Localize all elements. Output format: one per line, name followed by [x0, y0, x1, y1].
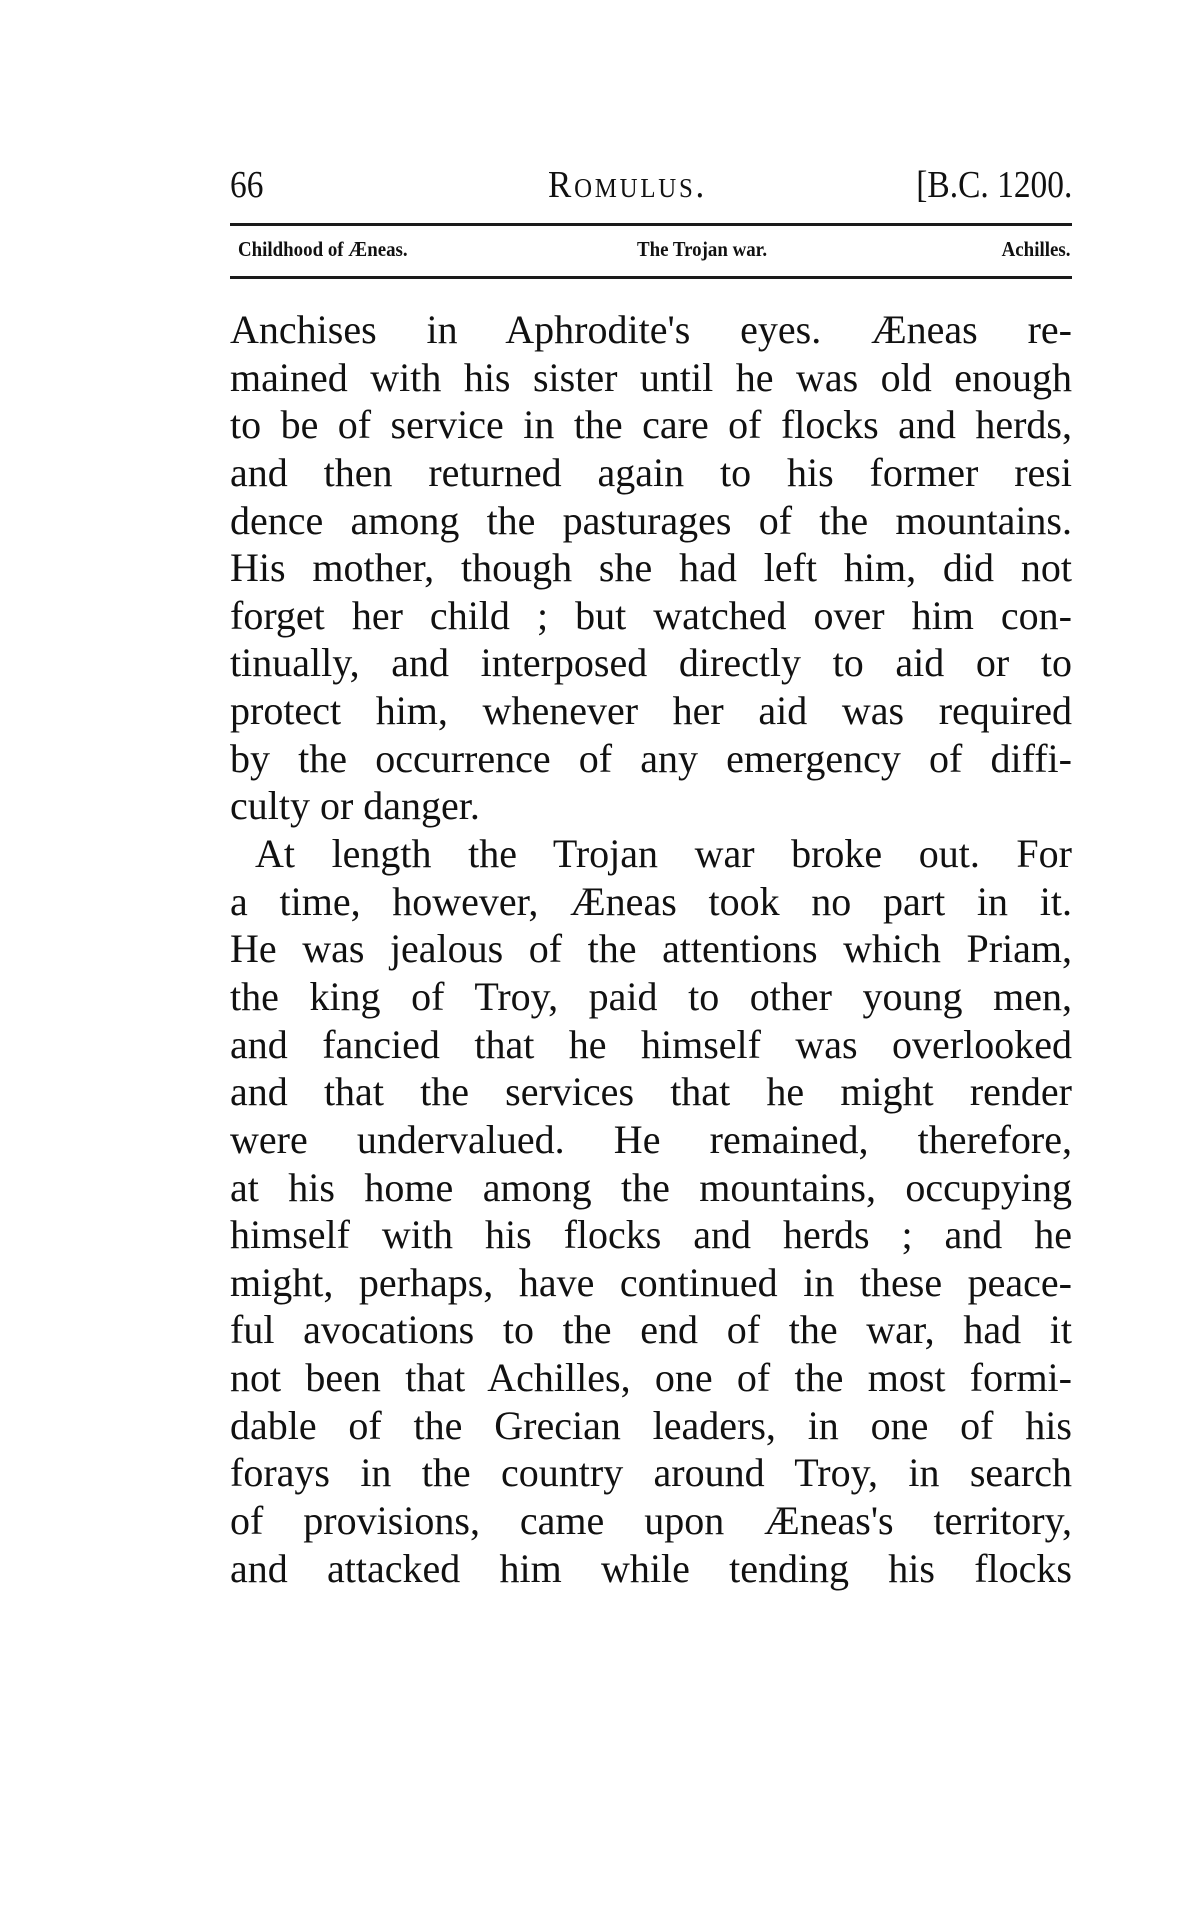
text-line-content: He was jealous of the attentions which P… — [230, 925, 1072, 973]
text-line: and then returned again to his former re… — [230, 449, 1072, 497]
text-line: and that the services that he might rend… — [230, 1068, 1072, 1116]
text-line: mained with his sister until he was old … — [230, 354, 1072, 402]
text-line-content: forays in the country around Troy, in se… — [230, 1449, 1072, 1497]
text-line-content: dence among the pasturages of the mounta… — [230, 497, 1072, 545]
text-line: might, perhaps, have continued in these … — [230, 1259, 1072, 1307]
text-line-content: culty or danger. — [230, 782, 1072, 830]
running-head: 66 Romulus. [B.C. 1200. — [230, 163, 1072, 207]
text-line: He was jealous of the attentions which P… — [230, 925, 1072, 973]
text-line-content: ful avocations to the end of the war, ha… — [230, 1306, 1072, 1354]
text-line: to be of service in the care of flocks a… — [230, 401, 1072, 449]
text-line: were undervalued. He remained, therefore… — [230, 1116, 1072, 1164]
text-line: at his home among the mountains, occupyi… — [230, 1164, 1072, 1212]
text-line-content: and then returned again to his former re… — [230, 449, 1072, 497]
text-line: and fancied that he himself was overlook… — [230, 1021, 1072, 1069]
text-line-paragraph-start: At length the Trojan war broke out. For — [230, 830, 1072, 878]
text-line-content: and that the services that he might rend… — [230, 1068, 1072, 1116]
topic-summary-bar: Childhood of Æneas. The Trojan war. Achi… — [230, 234, 1072, 264]
date-range: [B.C. 1200. — [916, 163, 1072, 207]
header-rule-top — [230, 223, 1072, 226]
text-line: His mother, though she had left him, did… — [230, 544, 1072, 592]
text-line-content: and attacked him while tending his flock… — [230, 1545, 1072, 1593]
page-number: 66 — [230, 163, 263, 207]
text-line: of provisions, came upon Æneas's territo… — [230, 1497, 1072, 1545]
text-line: not been that Achilles, one of the most … — [230, 1354, 1072, 1402]
body-text: Anchises in Aphrodite's eyes. Æneas re- … — [230, 306, 1072, 1592]
topic-childhood-of-aeneas: Childhood of Æneas. — [238, 234, 408, 264]
text-line-content: tinually, and interposed directly to aid… — [230, 639, 1072, 687]
text-line-content: himself with his flocks and herds ; and … — [230, 1211, 1072, 1259]
header-rule-bottom — [230, 276, 1072, 279]
text-line: dence among the pasturages of the mounta… — [230, 497, 1072, 545]
text-line: a time, however, Æneas took no part in i… — [230, 878, 1072, 926]
text-line: forget her child ; but watched over him … — [230, 592, 1072, 640]
text-line: the king of Troy, paid to other young me… — [230, 973, 1072, 1021]
text-line: Anchises in Aphrodite's eyes. Æneas re- — [230, 306, 1072, 354]
text-line: ful avocations to the end of the war, ha… — [230, 1306, 1072, 1354]
text-line: dable of the Grecian leaders, in one of … — [230, 1402, 1072, 1450]
text-line: protect him, whenever her aid was requir… — [230, 687, 1072, 735]
text-line-content: forget her child ; but watched over him … — [230, 592, 1072, 640]
text-line-content: Anchises in Aphrodite's eyes. Æneas re- — [230, 306, 1072, 354]
text-line: himself with his flocks and herds ; and … — [230, 1211, 1072, 1259]
text-line-content: protect him, whenever her aid was requir… — [230, 687, 1072, 735]
text-line: culty or danger. — [230, 782, 1072, 830]
text-line: and attacked him while tending his flock… — [230, 1545, 1072, 1593]
topic-trojan-war: The Trojan war. — [637, 234, 767, 264]
text-line-content: dable of the Grecian leaders, in one of … — [230, 1402, 1072, 1450]
text-line-content: not been that Achilles, one of the most … — [230, 1354, 1072, 1402]
text-line-content: a time, however, Æneas took no part in i… — [230, 878, 1072, 926]
book-title: Romulus. — [548, 163, 707, 207]
text-line: forays in the country around Troy, in se… — [230, 1449, 1072, 1497]
text-line-content: might, perhaps, have continued in these … — [230, 1259, 1072, 1307]
text-line-content: of provisions, came upon Æneas's territo… — [230, 1497, 1072, 1545]
text-line: by the occurrence of any emergency of di… — [230, 735, 1072, 783]
text-line-content: were undervalued. He remained, therefore… — [230, 1116, 1072, 1164]
text-line-content: by the occurrence of any emergency of di… — [230, 735, 1072, 783]
topic-achilles: Achilles. — [1001, 234, 1070, 264]
text-line-content: mained with his sister until he was old … — [230, 354, 1072, 402]
text-line-content: At length the Trojan war broke out. For — [230, 830, 1072, 878]
text-line-content: at his home among the mountains, occupyi… — [230, 1164, 1072, 1212]
text-line-content: the king of Troy, paid to other young me… — [230, 973, 1072, 1021]
text-line-content: and fancied that he himself was overlook… — [230, 1021, 1072, 1069]
text-line-content: to be of service in the care of flocks a… — [230, 401, 1072, 449]
text-line-content: His mother, though she had left him, did… — [230, 544, 1072, 592]
text-line: tinually, and interposed directly to aid… — [230, 639, 1072, 687]
